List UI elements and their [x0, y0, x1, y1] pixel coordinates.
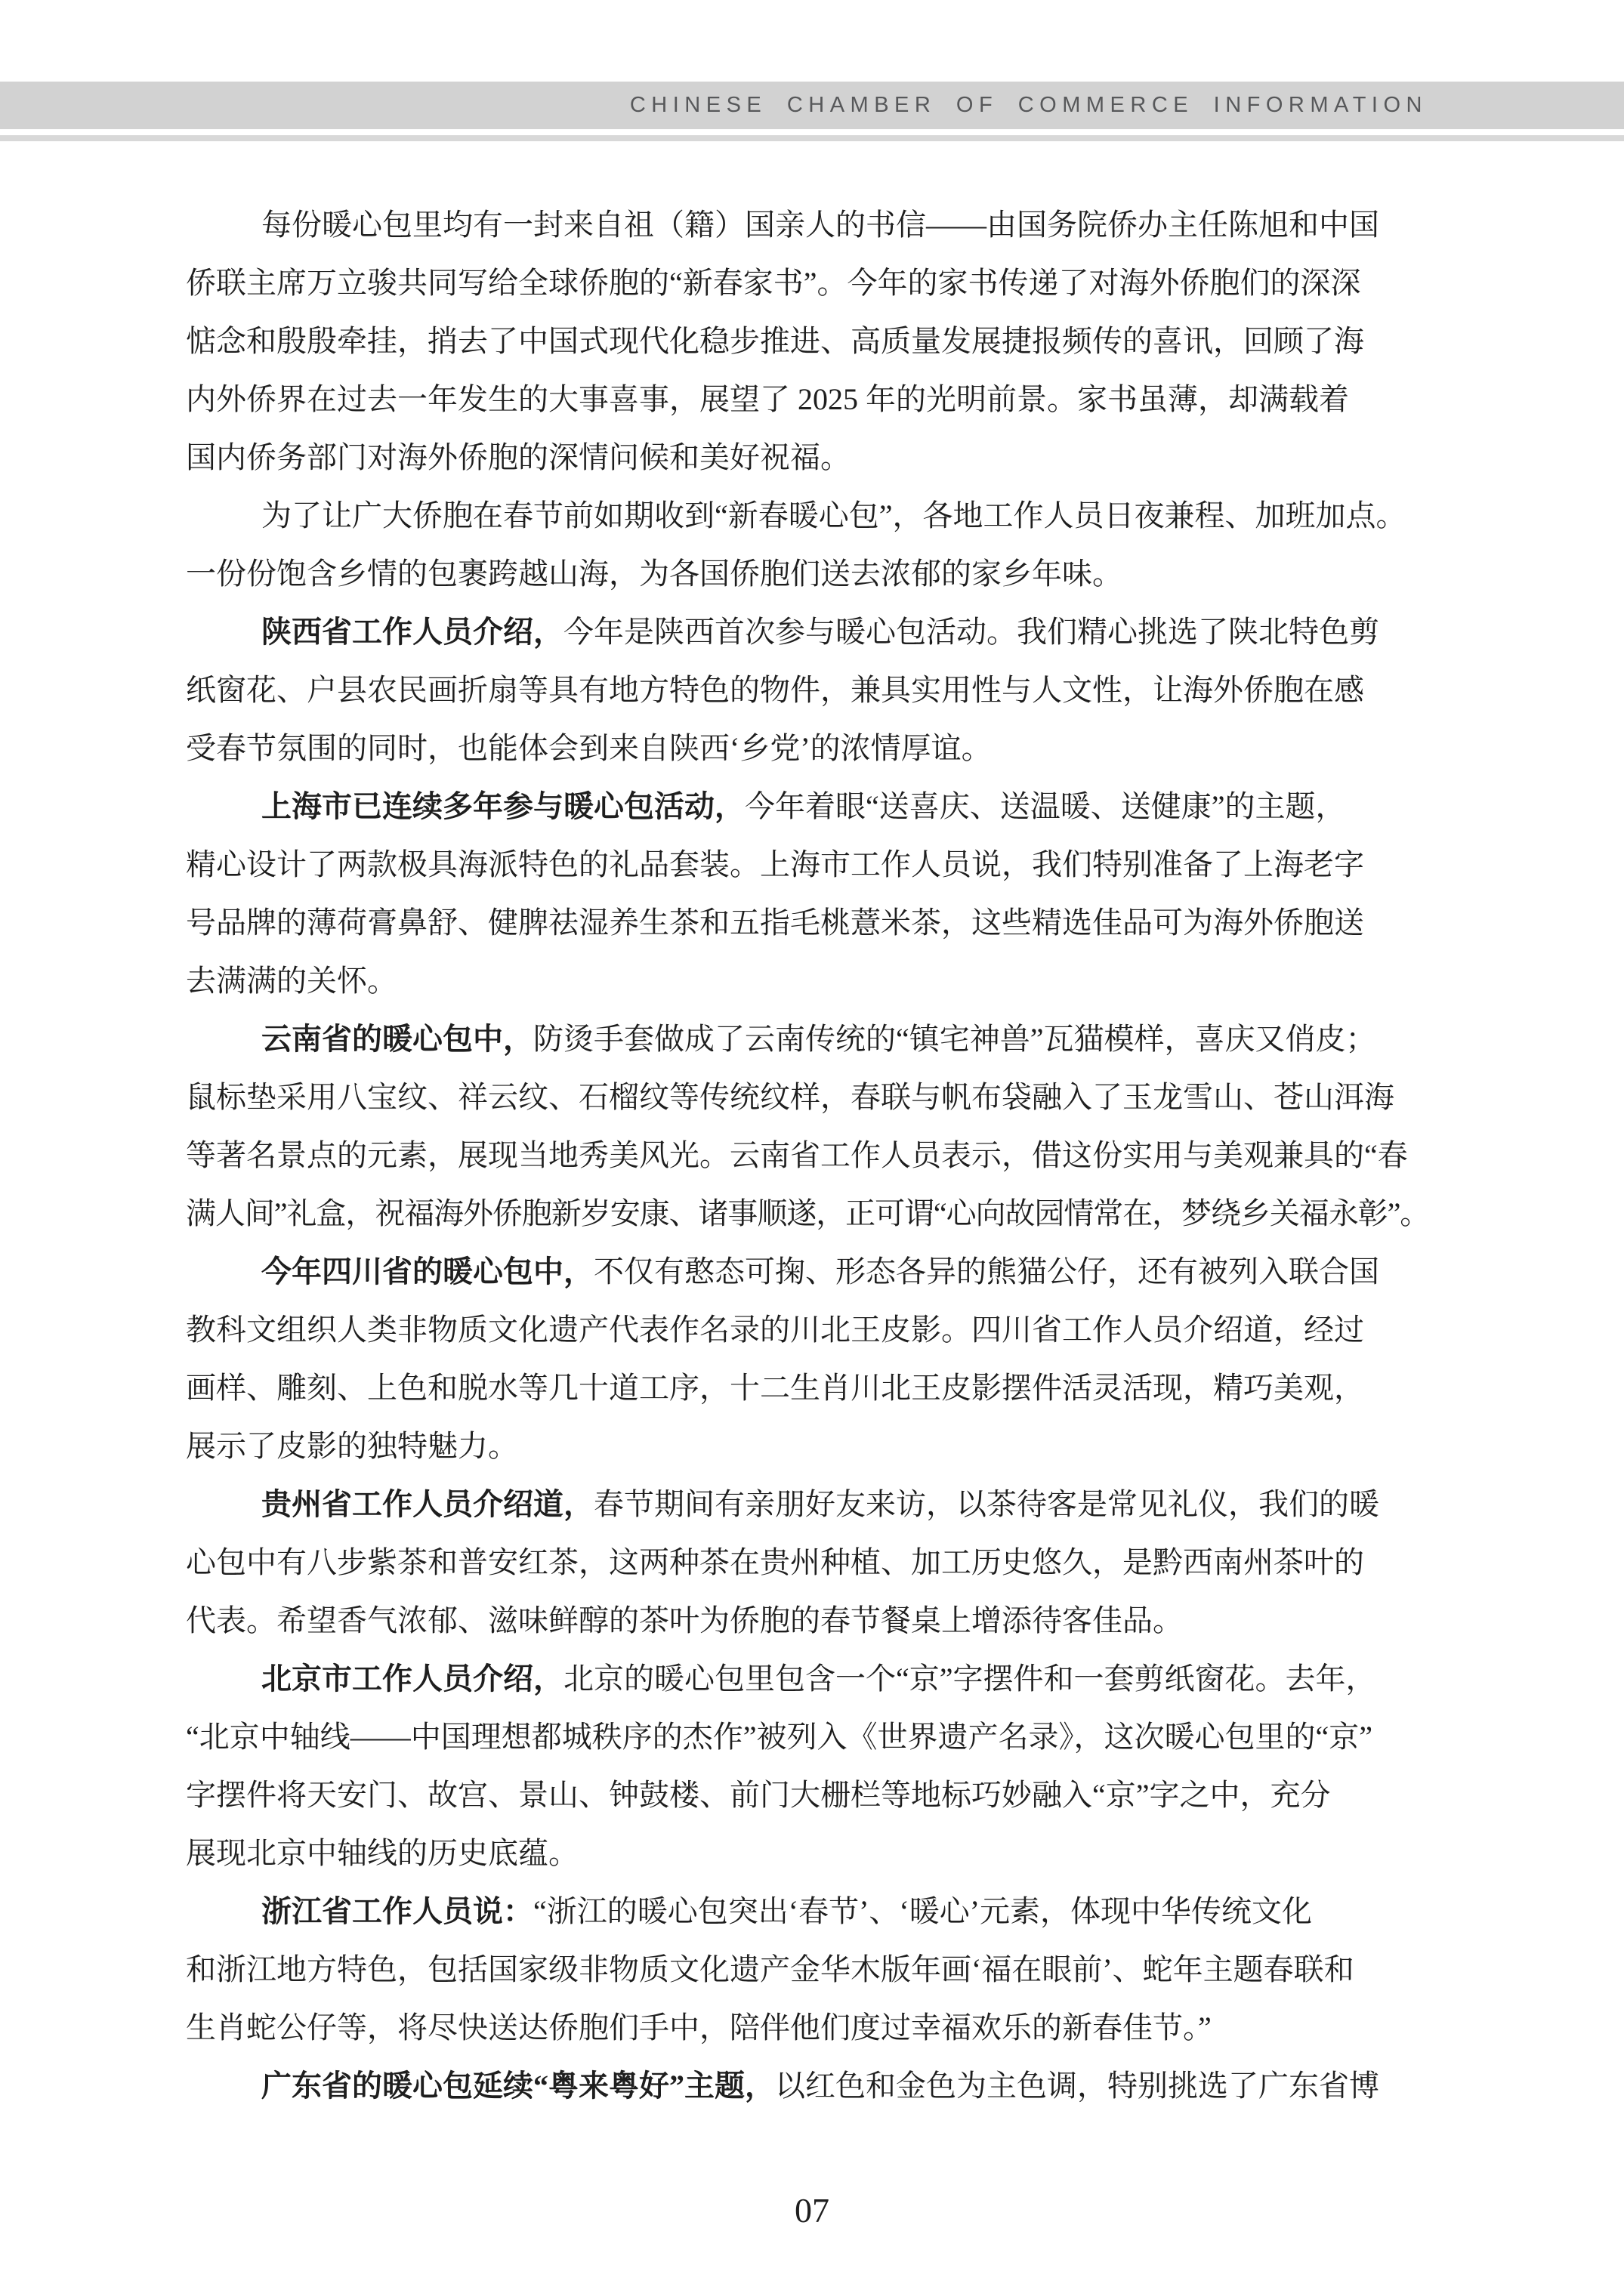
text-line: 上海市已连续多年参与暖心包活动，今年着眼“送喜庆、送温暖、送健康”的主题， — [186, 777, 1429, 835]
text-line: 生肖蛇公仔等，将尽快送达侨胞们手中，陪伴他们度过幸福欢乐的新春佳节。” — [186, 1998, 1429, 2057]
text-line: 一份份饱含乡情的包裹跨越山海，为各国侨胞们送去浓郁的家乡年味。 — [186, 545, 1429, 603]
text-line: 鼠标垫采用八宝纹、祥云纹、石榴纹等传统纹样，春联与帆布袋融入了玉龙雪山、苍山洱海 — [186, 1068, 1429, 1126]
text-line: 等著名景点的元素，展现当地秀美风光。云南省工作人员表示，借这份实用与美观兼具的“… — [186, 1126, 1429, 1184]
text-line: 广东省的暖心包延续“粤来粤好”主题，以红色和金色为主色调，特别挑选了广东省博 — [186, 2057, 1429, 2115]
text-line: 展示了皮影的独特魅力。 — [186, 1417, 1429, 1475]
text-line: 展现北京中轴线的历史底蕴。 — [186, 1824, 1429, 1882]
text-line: 号品牌的薄荷膏鼻舒、健脾祛湿养生茶和五指毛桃薏米茶，这些精选佳品可为海外侨胞送 — [186, 893, 1429, 952]
text-line: 今年四川省的暖心包中，不仅有憨态可掬、形态各异的熊猫公仔，还有被列入联合国 — [186, 1242, 1429, 1301]
line-lead-bold: 上海市已连续多年参与暖心包活动， — [261, 789, 745, 823]
text-line: 精心设计了两款极具海派特色的礼品套装。上海市工作人员说，我们特别准备了上海老字 — [186, 835, 1429, 893]
text-line: 惦念和殷殷牵挂，捎去了中国式现代化稳步推进、高质量发展捷报频传的喜讯，回顾了海 — [186, 312, 1429, 370]
text-line: 受春节氛围的同时，也能体会到来自陕西‘乡党’的浓情厚谊。 — [186, 719, 1429, 777]
line-lead-bold: 贵州省工作人员介绍道， — [261, 1487, 594, 1521]
text-line: 代表。希望香气浓郁、滋味鲜醇的茶叶为侨胞的春节餐桌上增添待客佳品。 — [186, 1591, 1429, 1650]
text-line: 教科文组织人类非物质文化遗产代表作名录的川北王皮影。四川省工作人员介绍道，经过 — [186, 1301, 1429, 1359]
text-line: 每份暖心包里均有一封来自祖（籍）国亲人的书信——由国务院侨办主任陈旭和中国 — [186, 196, 1429, 254]
body-text: 每份暖心包里均有一封来自祖（籍）国亲人的书信——由国务院侨办主任陈旭和中国侨联主… — [186, 196, 1429, 2115]
text-line: 侨联主席万立骏共同写给全球侨胞的“新春家书”。今年的家书传递了对海外侨胞们的深深 — [186, 254, 1429, 312]
text-line: 去满满的关怀。 — [186, 952, 1429, 1010]
document-page: CHINESE CHAMBER OF COMMERCE INFORMATION … — [0, 0, 1624, 2293]
text-line: 国内侨务部门对海外侨胞的深情问候和美好祝福。 — [186, 428, 1429, 486]
text-line: 北京市工作人员介绍，北京的暖心包里包含一个“京”字摆件和一套剪纸窗花。去年， — [186, 1650, 1429, 1708]
line-lead-bold: 广东省的暖心包延续“粤来粤好”主题， — [261, 2069, 775, 2103]
line-lead-bold: 陕西省工作人员介绍， — [261, 615, 563, 649]
text-line: 心包中有八步紫茶和普安红茶，这两种茶在贵州种植、加工历史悠久，是黔西南州茶叶的 — [186, 1533, 1429, 1591]
page-number: 07 — [0, 2192, 1624, 2230]
text-line: 纸窗花、户县农民画折扇等具有地方特色的物件，兼具实用性与人文性，让海外侨胞在感 — [186, 661, 1429, 719]
text-line: 陕西省工作人员介绍，今年是陕西首次参与暖心包活动。我们精心挑选了陕北特色剪 — [186, 603, 1429, 661]
line-lead-bold: 北京市工作人员介绍， — [261, 1662, 563, 1696]
text-line: 字摆件将天安门、故宫、景山、钟鼓楼、前门大栅栏等地标巧妙融入“京”字之中，充分 — [186, 1766, 1429, 1824]
text-line: 贵州省工作人员介绍道，春节期间有亲朋好友来访，以茶待客是常见礼仪，我们的暖 — [186, 1475, 1429, 1533]
text-line: 浙江省工作人员说：“浙江的暖心包突出‘春节’、‘暖心’元素，体现中华传统文化 — [186, 1882, 1429, 1940]
line-lead-bold: 浙江省工作人员说： — [261, 1894, 533, 1928]
text-line: “北京中轴线——中国理想都城秩序的杰作”被列入《世界遗产名录》，这次暖心包里的“… — [186, 1708, 1429, 1766]
text-line: 云南省的暖心包中，防烫手套做成了云南传统的“镇宅神兽”瓦猫模样，喜庆又俏皮； — [186, 1010, 1429, 1068]
header-title: CHINESE CHAMBER OF COMMERCE INFORMATION — [630, 82, 1428, 129]
text-line: 和浙江地方特色，包括国家级非物质文化遗产金华木版年画‘福在眼前’、蛇年主题春联和 — [186, 1940, 1429, 1998]
line-lead-bold: 云南省的暖心包中， — [261, 1022, 533, 1056]
text-line: 为了让广大侨胞在春节前如期收到“新春暖心包”，各地工作人员日夜兼程、加班加点。 — [186, 486, 1429, 545]
line-lead-bold: 今年四川省的暖心包中， — [261, 1255, 594, 1288]
text-line: 满人间”礼盒，祝福海外侨胞新岁安康、诸事顺遂，正可谓“心向故园情常在，梦绕乡关福… — [186, 1184, 1429, 1242]
text-line: 画样、雕刻、上色和脱水等几十道工序，十二生肖川北王皮影摆件活灵活现，精巧美观， — [186, 1359, 1429, 1417]
header-divider-band — [0, 135, 1624, 141]
text-line: 内外侨界在过去一年发生的大事喜事，展望了 2025 年的光明前景。家书虽薄，却满… — [186, 370, 1429, 428]
